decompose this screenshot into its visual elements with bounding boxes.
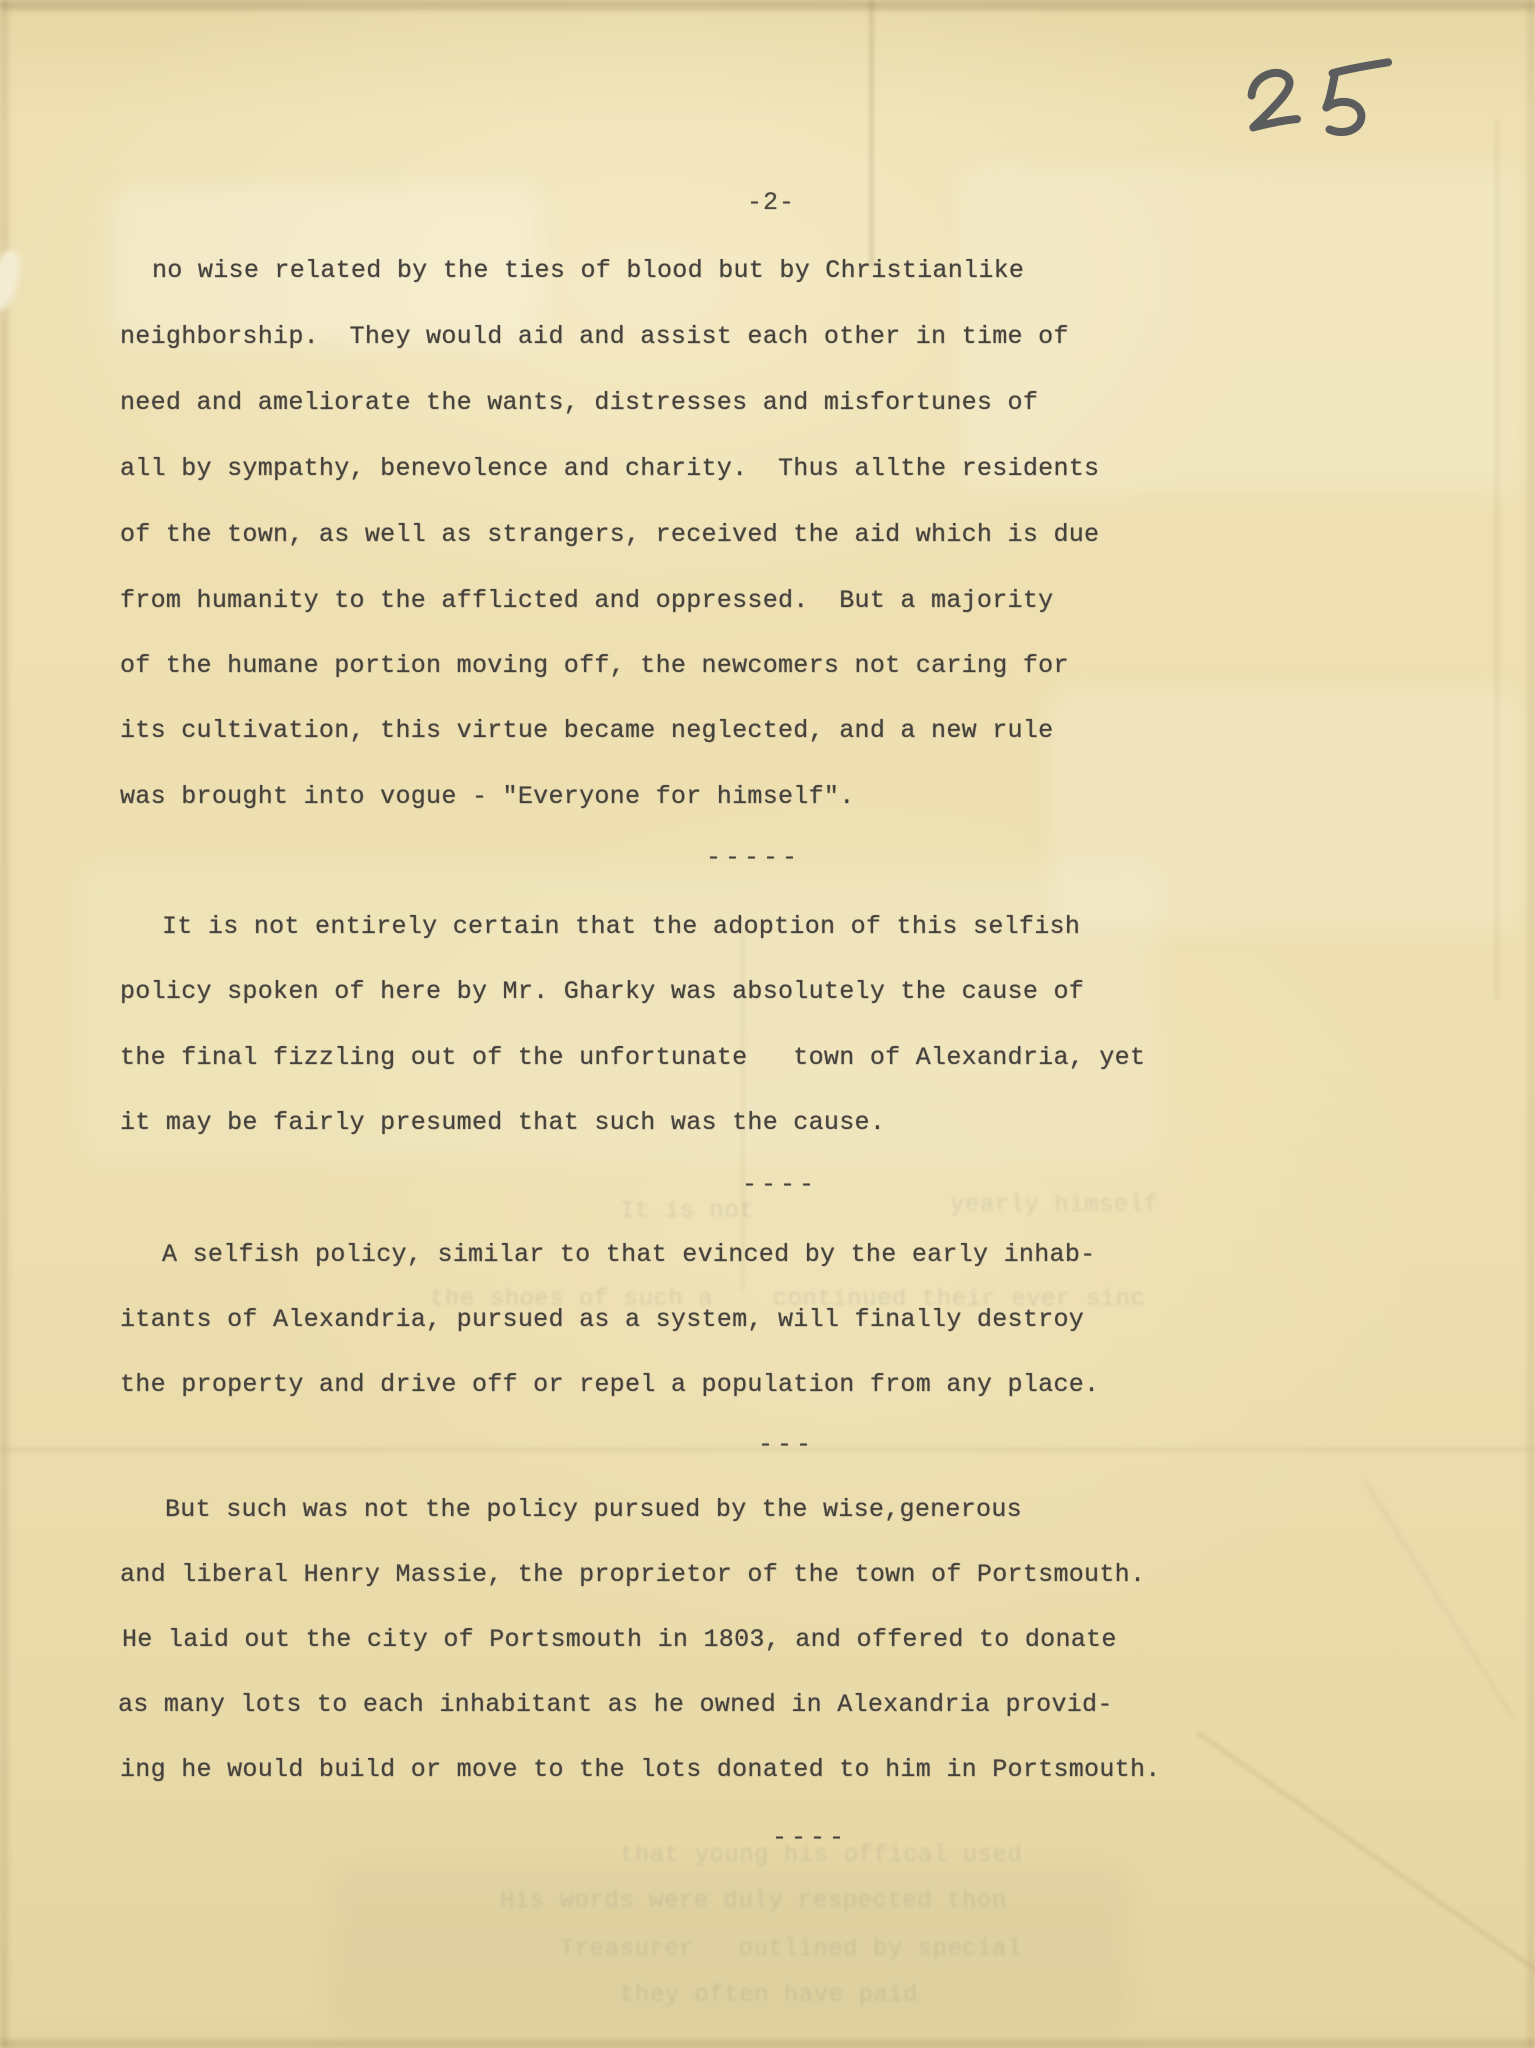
typed-line: neighborship. They would aid and assist … bbox=[120, 322, 1069, 351]
scanned-document-page: It is not yearly himself the shoes of su… bbox=[0, 0, 1535, 2048]
typed-line: of the humane portion moving off, the ne… bbox=[120, 651, 1069, 680]
bleed-through-fragment: yearly himself bbox=[950, 1192, 1159, 1219]
typed-line: itants of Alexandria, pursued as a syste… bbox=[120, 1305, 1084, 1334]
typed-line: A selfish policy, similar to that evince… bbox=[162, 1240, 1095, 1269]
paragraph-separator: ----- bbox=[706, 843, 801, 872]
typed-line: and liberal Henry Massie, the proprietor… bbox=[120, 1560, 1145, 1589]
paragraph-separator: ---- bbox=[772, 1823, 848, 1852]
handwritten-25-strokes bbox=[1236, 54, 1400, 148]
typed-line: policy spoken of here by Mr. Gharky was … bbox=[120, 977, 1084, 1006]
bleed-through-fragment: they often have paid bbox=[620, 1982, 918, 2009]
typed-line: its cultivation, this virtue became negl… bbox=[120, 716, 1053, 745]
typed-line: of the town, as well as strangers, recei… bbox=[120, 520, 1099, 549]
typed-line: It is not entirely certain that the adop… bbox=[162, 912, 1080, 941]
typed-line: it may be fairly presumed that such was … bbox=[120, 1108, 885, 1137]
paper-torn-notch bbox=[0, 248, 25, 313]
paragraph-separator: --- bbox=[758, 1430, 815, 1459]
typed-line: as many lots to each inhabitant as he ow… bbox=[118, 1690, 1113, 1719]
typed-line: no wise related by the ties of blood but… bbox=[152, 256, 1024, 285]
paper-crease bbox=[870, 0, 873, 268]
paper-crease bbox=[1365, 1482, 1515, 1721]
paper-crease bbox=[1496, 120, 1498, 1000]
typed-line: all by sympathy, benevolence and charity… bbox=[120, 454, 1099, 483]
typed-line: ing he would build or move to the lots d… bbox=[120, 1755, 1161, 1784]
typed-line: the property and drive off or repel a po… bbox=[120, 1370, 1099, 1399]
paragraph-separator: ---- bbox=[742, 1170, 818, 1199]
typed-line: He laid out the city of Portsmouth in 18… bbox=[122, 1625, 1117, 1654]
page-number: -2- bbox=[747, 188, 795, 217]
typed-line: from humanity to the afflicted and oppre… bbox=[120, 586, 1053, 615]
handwritten-page-number: 25 bbox=[1236, 54, 1400, 148]
typed-line: the final fizzling out of the unfortunat… bbox=[120, 1043, 1145, 1072]
paper-crease bbox=[1196, 1731, 1535, 2032]
typed-line: need and ameliorate the wants, distresse… bbox=[120, 388, 1038, 417]
bleed-through-fragment: His words were duly respected thon bbox=[500, 1888, 1007, 1915]
bleed-through-fragment: Treasurer outlined by special bbox=[560, 1936, 1022, 1963]
paper-edge-right bbox=[1528, 0, 1535, 2048]
typed-line: But such was not the policy pursued by t… bbox=[165, 1495, 1022, 1524]
typed-line: was brought into vogue - "Everyone for h… bbox=[120, 782, 855, 811]
paper-edge-top bbox=[0, 0, 1535, 10]
paper-edge-bottom bbox=[0, 2040, 1535, 2048]
bleed-through-fragment: It is not bbox=[620, 1198, 754, 1225]
